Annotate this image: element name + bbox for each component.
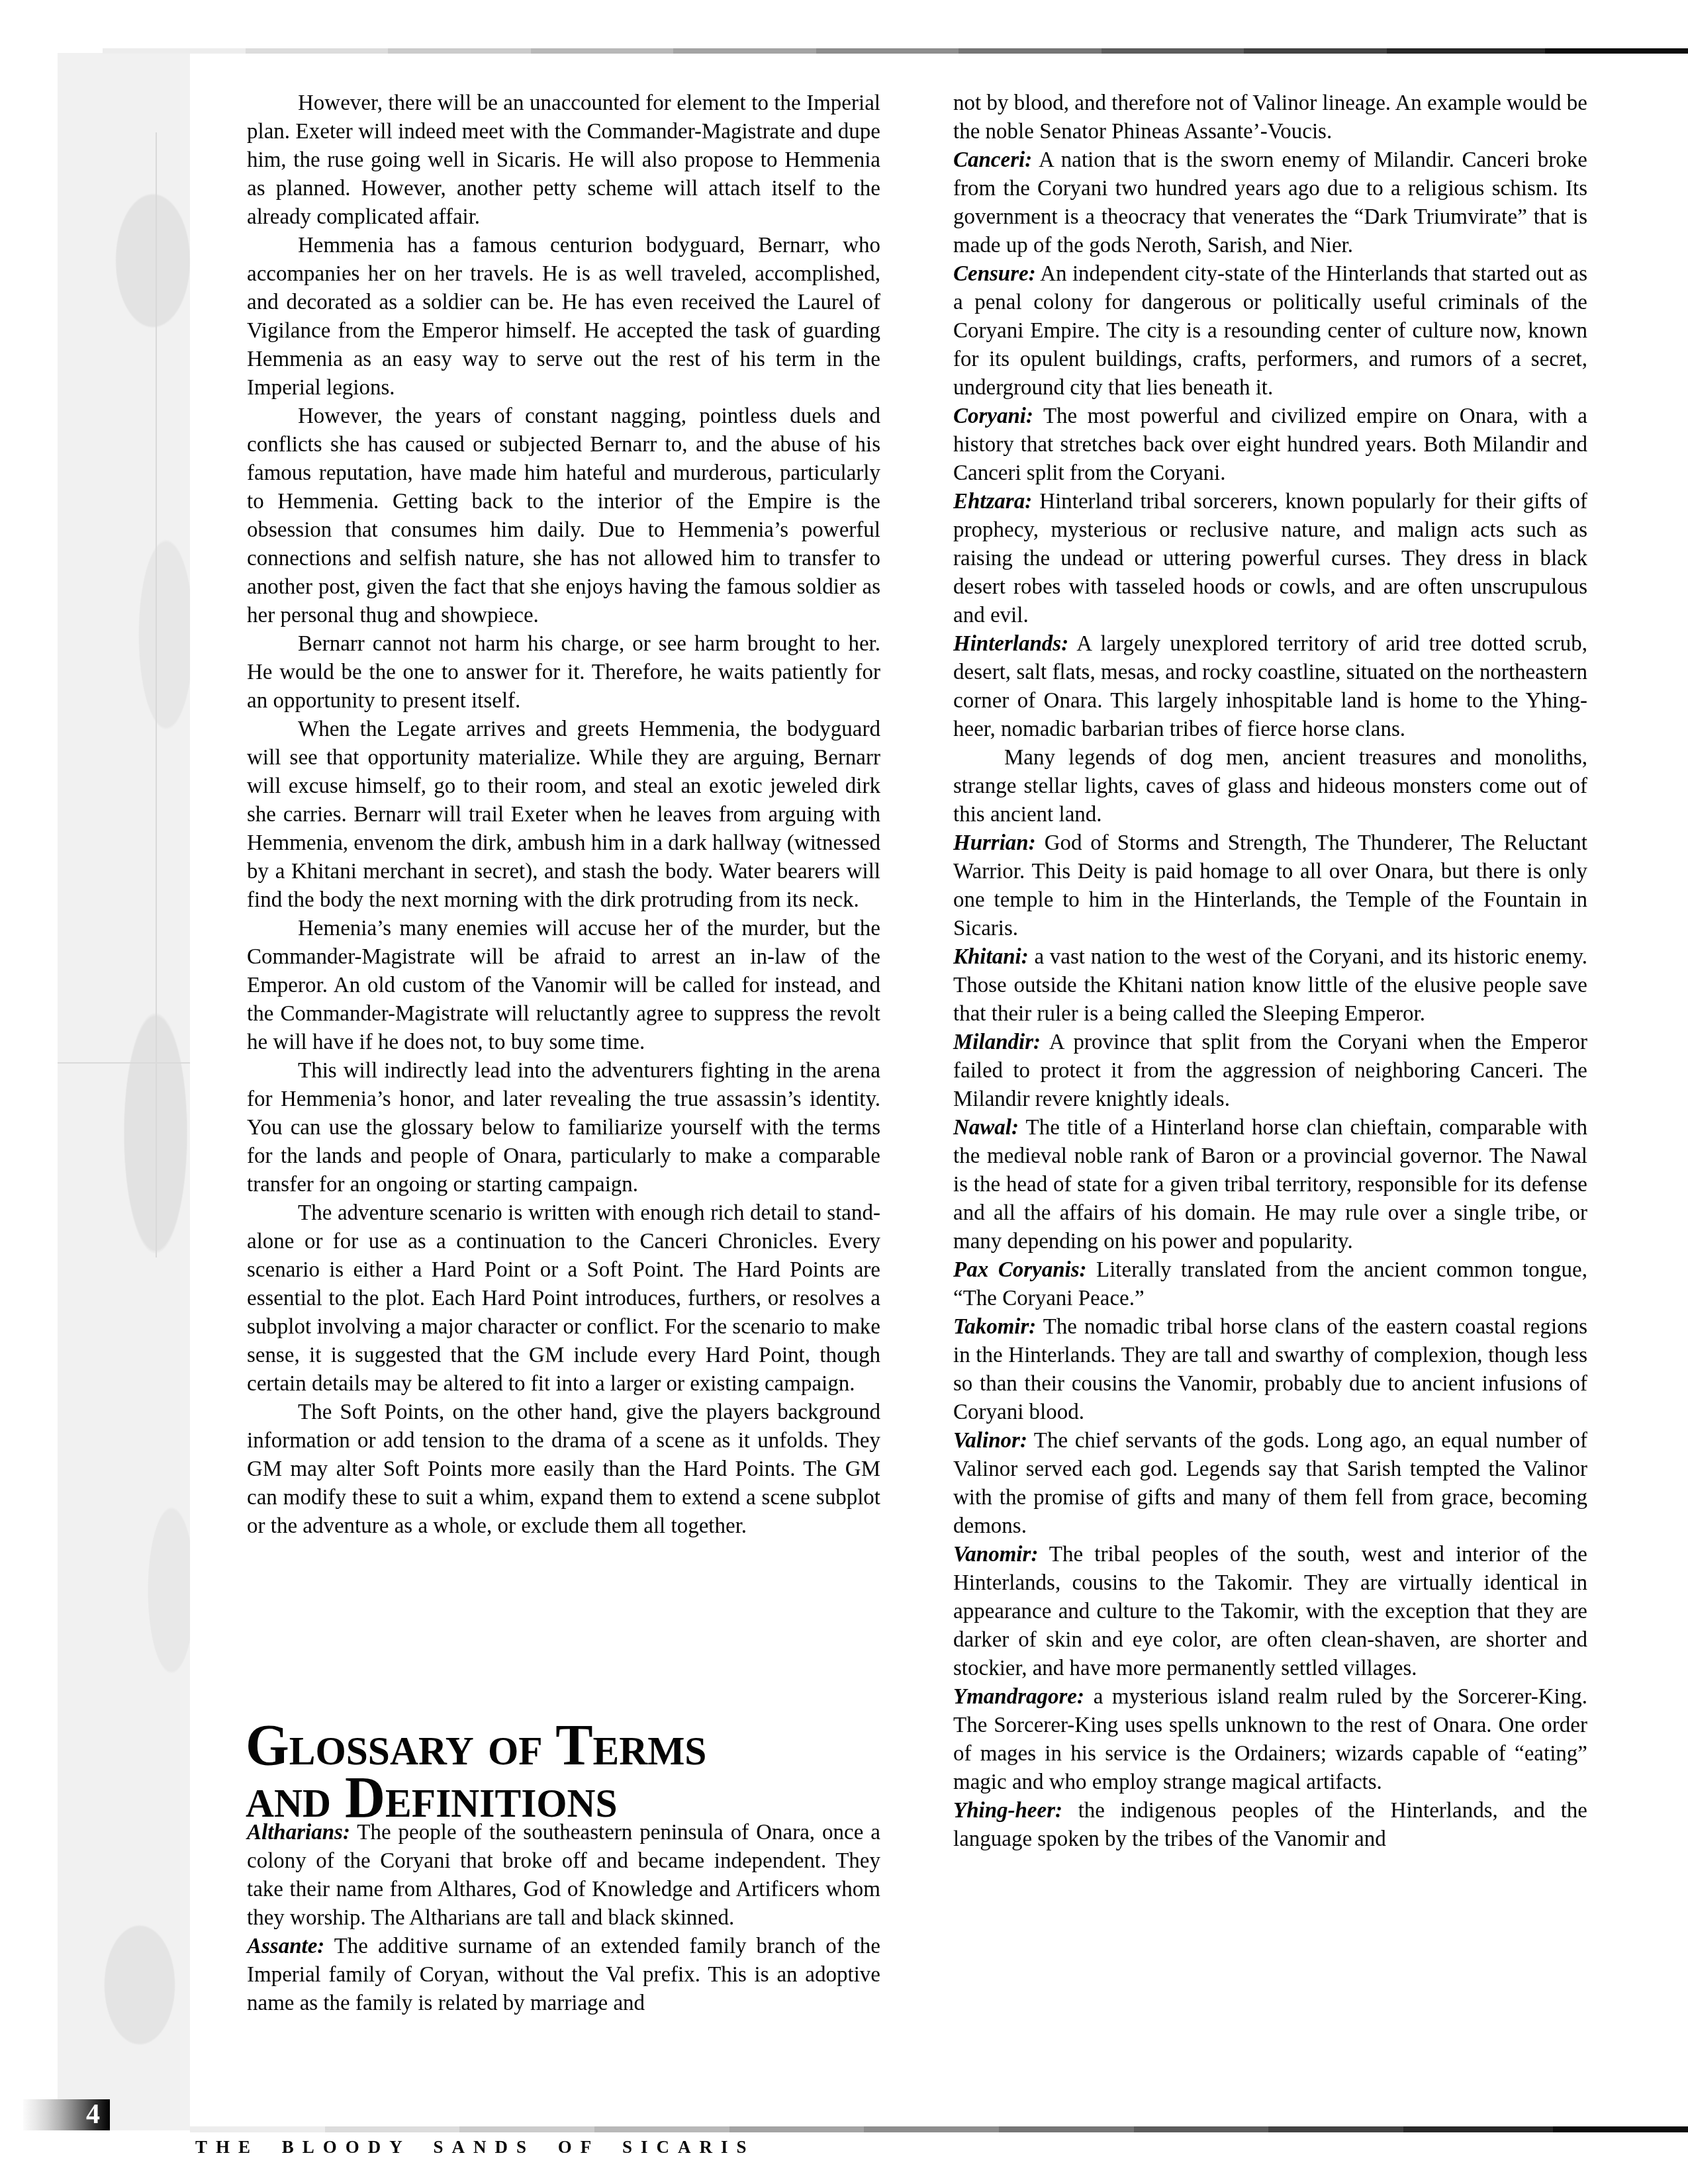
glossary-entry: Khitani: a vast nation to the west of th… xyxy=(953,943,1587,1028)
paragraph: Bernarr cannot not harm his charge, or s… xyxy=(247,630,880,715)
glossary-term: Assante: xyxy=(247,1934,324,1958)
glossary-entries-left: Altharians: The people of the southeaste… xyxy=(247,1819,880,2018)
glossary-entry: Nawal: The title of a Hinterland horse c… xyxy=(953,1114,1587,1256)
glossary-term: Coryani: xyxy=(953,404,1033,428)
paragraph: Many legends of dog men, ancient treasur… xyxy=(953,744,1587,829)
paragraph: Hemmenia has a famous centurion bodyguar… xyxy=(247,232,880,402)
glossary-term: Altharians: xyxy=(247,1821,350,1844)
glossary-entry: Pax Coryanis: Literally translated from … xyxy=(953,1256,1587,1313)
glossary-entry: Coryani: The most powerful and civilized… xyxy=(953,402,1587,488)
glossary-entry: Ymandragore: a mysterious island realm r… xyxy=(953,1683,1587,1797)
paragraph: not by blood, and therefore not of Valin… xyxy=(953,89,1587,146)
body-column-right: not by blood, and therefore not of Valin… xyxy=(953,89,1587,1854)
glossary-term: Censure: xyxy=(953,262,1036,286)
glossary-entry: Vanomir: The tribal peoples of the south… xyxy=(953,1541,1587,1683)
glossary-term: Hurrian: xyxy=(953,831,1036,855)
glossary-entry: Altharians: The people of the southeaste… xyxy=(247,1819,880,1933)
margin-map-texture xyxy=(58,53,190,2130)
glossary-term: Takomir: xyxy=(953,1315,1036,1339)
paragraph: When the Legate arrives and greets Hemme… xyxy=(247,715,880,915)
paragraph: The adventure scenario is written with e… xyxy=(247,1199,880,1398)
glossary-entry: Milandir: A province that split from the… xyxy=(953,1028,1587,1114)
glossary-term: Yhing-heer: xyxy=(953,1799,1062,1823)
glossary-term: Khitani: xyxy=(953,945,1029,969)
body-column-left: However, there will be an unaccounted fo… xyxy=(247,89,880,1541)
glossary-term: Vanomir: xyxy=(953,1543,1038,1567)
paragraph: Hemenia’s many enemies will accuse her o… xyxy=(247,915,880,1057)
glossary-term: Valinor: xyxy=(953,1429,1027,1453)
glossary-term: Canceri: xyxy=(953,148,1032,172)
glossary-heading: Glossary of Terms and Definitions xyxy=(246,1719,881,1824)
page-number-badge: 4 xyxy=(23,2099,110,2130)
paragraph: This will indirectly lead into the adven… xyxy=(247,1057,880,1199)
glossary-term: Ehtzara: xyxy=(953,490,1032,514)
scanned-book-page: However, there will be an unaccounted fo… xyxy=(0,0,1688,2184)
glossary-heading-line1: Glossary of Terms xyxy=(246,1719,881,1772)
glossary-heading-line2: and Definitions xyxy=(246,1772,881,1824)
glossary-entry: Takomir: The nomadic tribal horse clans … xyxy=(953,1313,1587,1427)
paragraph: However, there will be an unaccounted fo… xyxy=(247,89,880,232)
glossary-term: Pax Coryanis: xyxy=(953,1258,1087,1282)
glossary-term: Hinterlands: xyxy=(953,632,1068,656)
glossary-entry: Ehtzara: Hinterland tribal sorcerers, kn… xyxy=(953,488,1587,630)
paragraph: The Soft Points, on the other hand, give… xyxy=(247,1398,880,1541)
glossary-entry: Canceri: A nation that is the sworn enem… xyxy=(953,146,1587,260)
footer-title: THE BLOODY SANDS OF SICARIS xyxy=(195,2137,755,2158)
glossary-term: Milandir: xyxy=(953,1030,1041,1054)
glossary-entry: Assante: The additive surname of an exte… xyxy=(247,1933,880,2018)
glossary-entry: Hurrian: God of Storms and Strength, The… xyxy=(953,829,1587,943)
glossary-entry: Hinterlands: A largely unexplored territ… xyxy=(953,630,1587,744)
bottom-gradient-bar xyxy=(190,2126,1688,2132)
top-gradient-bar xyxy=(103,48,1688,54)
glossary-entry: Censure: An independent city-state of th… xyxy=(953,260,1587,402)
glossary-entry: Valinor: The chief servants of the gods.… xyxy=(953,1427,1587,1541)
glossary-entry: Yhing-heer: the indigenous peoples of th… xyxy=(953,1797,1587,1854)
glossary-term: Ymandragore: xyxy=(953,1685,1084,1709)
glossary-term: Nawal: xyxy=(953,1116,1019,1140)
paragraph: However, the years of constant nagging, … xyxy=(247,402,880,630)
